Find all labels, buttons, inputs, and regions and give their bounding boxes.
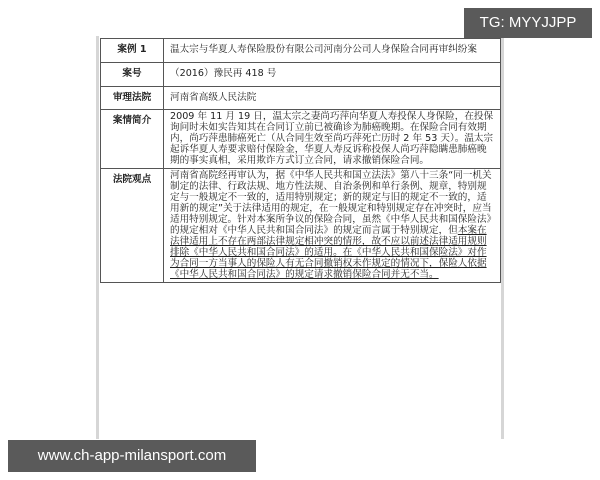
trial-court: 河南省高级人民法院 [164, 87, 501, 110]
row-label: 案号 [101, 63, 164, 87]
case-summary: 2009 年 11 月 19 日，温太宗之妻尚巧萍向华夏人寿投保人身保险，在投保… [164, 110, 501, 169]
court-opinion: 河南省高院经再审认为，据《中华人民共和国立法法》第八十三条“同一机关制定的法律、… [164, 169, 501, 283]
table-row: 案情简介 2009 年 11 月 19 日，温太宗之妻尚巧萍向华夏人寿投保人身保… [101, 110, 501, 169]
table-row: 案号 （2016）豫民再 418 号 [101, 63, 501, 87]
case-table: 案例 1 温太宗与华夏人寿保险股份有限公司河南分公司人身保险合同再审纠纷案 案号… [100, 38, 501, 283]
watermark-top: TG: MYYJJPP [464, 8, 592, 38]
case-title: 温太宗与华夏人寿保险股份有限公司河南分公司人身保险合同再审纠纷案 [164, 39, 501, 63]
table-row: 法院观点 河南省高院经再审认为，据《中华人民共和国立法法》第八十三条“同一机关制… [101, 169, 501, 283]
watermark-bottom: www.ch-app-milansport.com [8, 440, 256, 472]
table-row: 案例 1 温太宗与华夏人寿保险股份有限公司河南分公司人身保险合同再审纠纷案 [101, 39, 501, 63]
row-label: 案例 1 [101, 39, 164, 63]
row-label: 审理法院 [101, 87, 164, 110]
opinion-text: 河南省高院经再审认为，据《中华人民共和国立法法》第八十三条“同一机关制定的法律、… [170, 170, 492, 236]
case-number: （2016）豫民再 418 号 [164, 63, 501, 87]
table-row: 审理法院 河南省高级人民法院 [101, 87, 501, 110]
row-label: 法院观点 [101, 169, 164, 283]
row-label: 案情简介 [101, 110, 164, 169]
